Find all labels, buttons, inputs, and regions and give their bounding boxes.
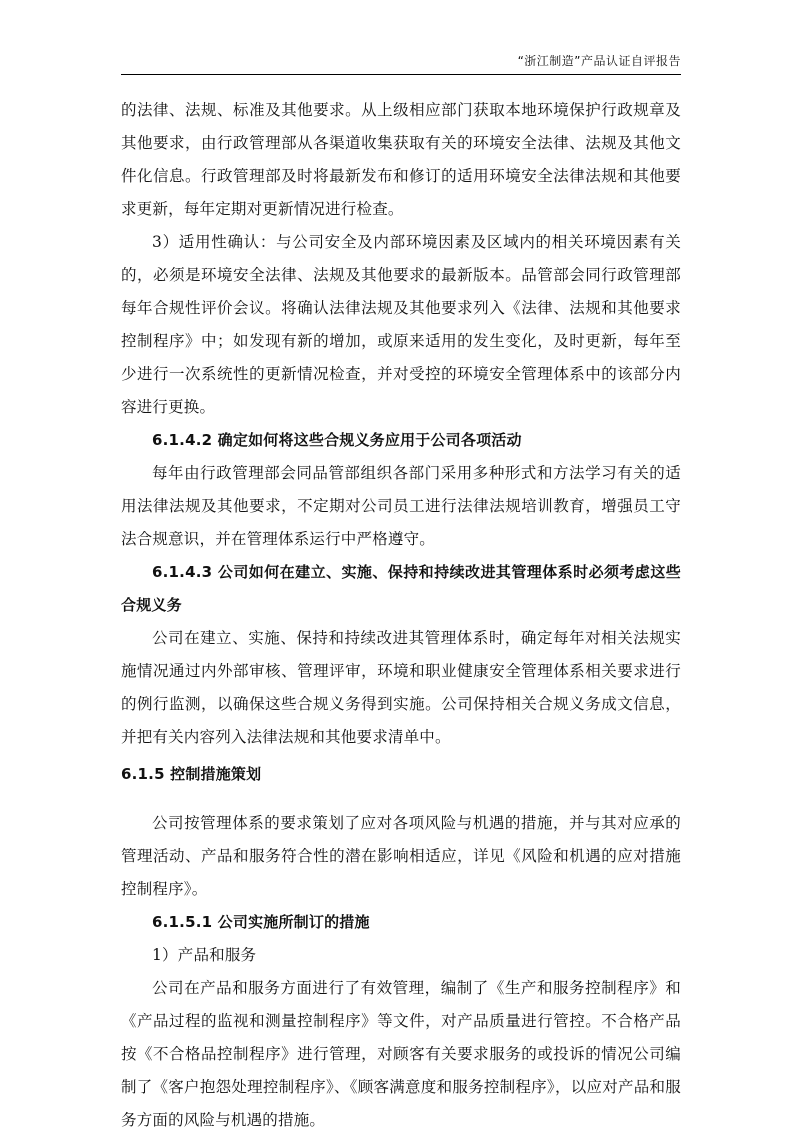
paragraph-products: 公司在产品和服务方面进行了有效管理，编制了《生产和服务控制程序》和《产品过程的监… xyxy=(121,972,681,1131)
page-header: “浙江制造”产品认证自评报告 xyxy=(121,48,681,75)
paragraph-continued: 的法律、法规、标准及其他要求。从上级相应部门获取本地环境保护行政规章及其他要求，… xyxy=(121,94,681,226)
paragraph-training: 每年由行政管理部会同品管部组织各部门采用多种形式和方法学习有关的适用法律法规及其… xyxy=(121,457,681,556)
paragraph-measures: 公司按管理体系的要求策划了应对各项风险与机遇的措施，并与其对应承的管理活动、产品… xyxy=(121,807,681,906)
heading-6-1-5-1: 6.1.5.1 公司实施所制订的措施 xyxy=(121,906,681,939)
list-item-products: 1）产品和服务 xyxy=(121,939,681,972)
heading-6-1-4-3: 6.1.4.3 公司如何在建立、实施、保持和持续改进其管理体系时必须考虑这些合规… xyxy=(121,556,681,622)
paragraph-applicability: 3）适用性确认：与公司安全及内部环境因素及区域内的相关环境因素有关的，必须是环境… xyxy=(121,226,681,424)
heading-6-1-5: 6.1.5 控制措施策划 xyxy=(121,758,681,791)
spacer xyxy=(121,791,681,807)
paragraph-compliance: 公司在建立、实施、保持和持续改进其管理体系时，确定每年对相关法规实施情况通过内外… xyxy=(121,622,681,754)
heading-6-1-4-2: 6.1.4.2 确定如何将这些合规义务应用于公司各项活动 xyxy=(121,424,681,457)
header-title: “浙江制造”产品认证自评报告 xyxy=(518,52,681,69)
document-body: 的法律、法规、标准及其他要求。从上级相应部门获取本地环境保护行政规章及其他要求，… xyxy=(121,94,681,1131)
